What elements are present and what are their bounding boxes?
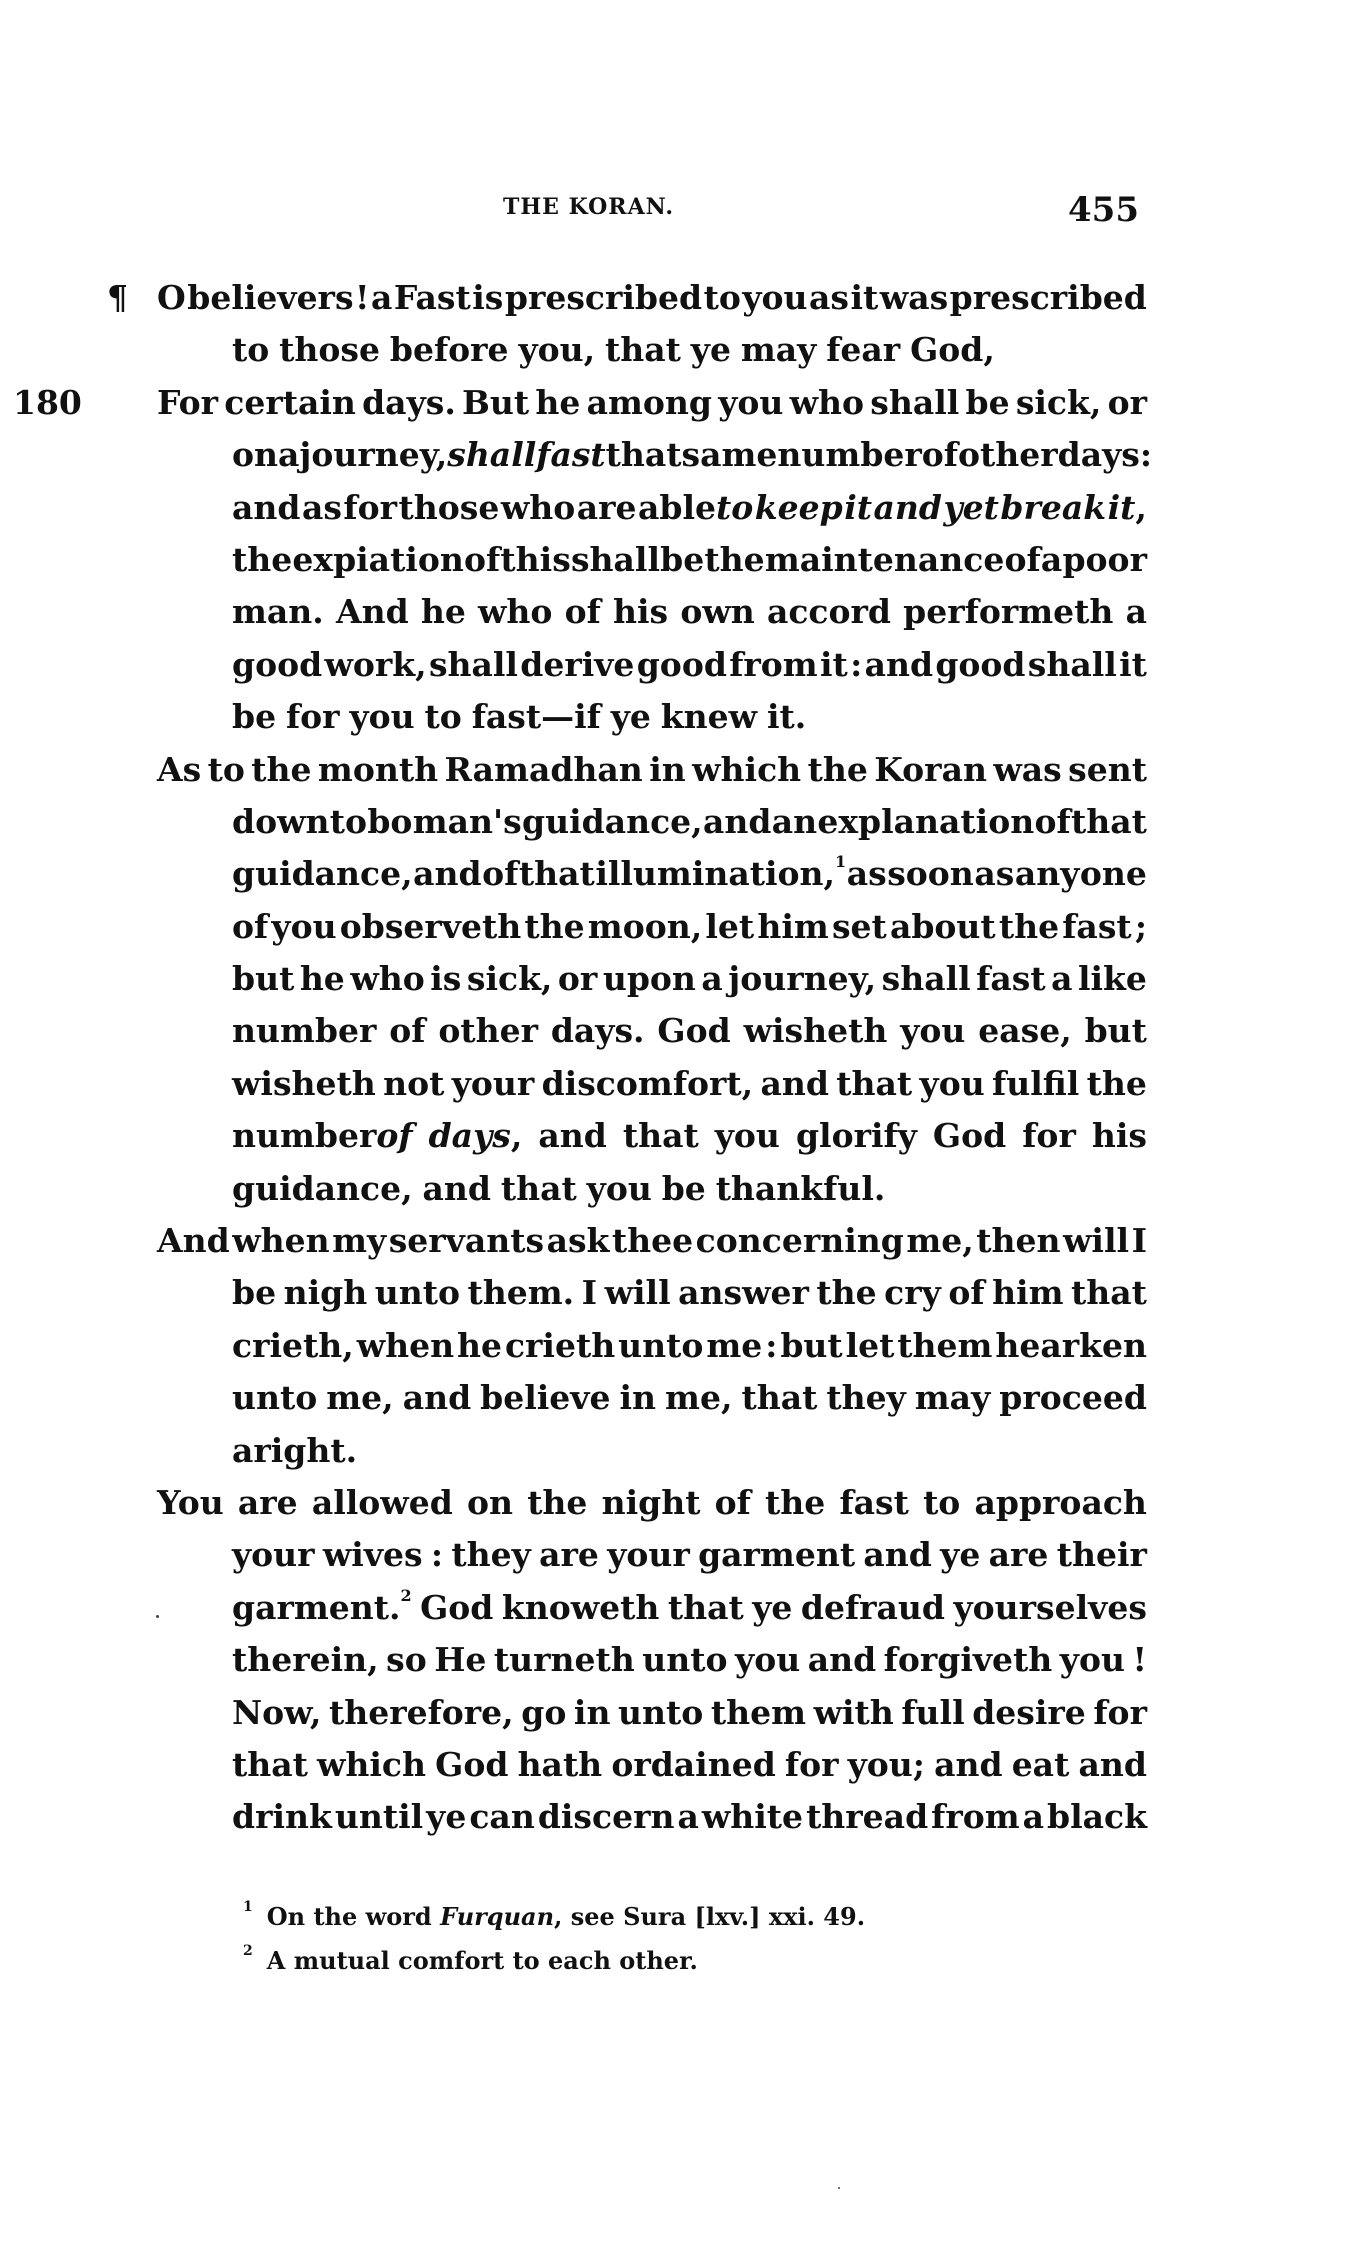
word: you xyxy=(920,1058,985,1110)
word: journey, xyxy=(728,953,876,1005)
word: who xyxy=(478,586,552,638)
word: and xyxy=(403,1372,471,1424)
word: your xyxy=(232,1529,315,1581)
word: Fast xyxy=(394,272,471,324)
word: other xyxy=(958,429,1058,481)
word: as xyxy=(974,848,1014,900)
word: among xyxy=(587,377,712,429)
word: that xyxy=(836,1058,912,1110)
word: a xyxy=(1023,1791,1044,1843)
word: but xyxy=(232,953,294,1005)
word: you; xyxy=(848,1739,925,1791)
word: knew xyxy=(661,691,757,743)
word: you xyxy=(349,691,414,743)
word: that xyxy=(606,429,682,481)
word: be xyxy=(662,1163,706,1215)
footnote-text: A mutual comfort to each other. xyxy=(267,1946,698,1975)
word: when xyxy=(357,1320,454,1372)
word: to xyxy=(923,1477,960,1529)
word: it xyxy=(820,639,848,691)
word: fast xyxy=(976,953,1045,1005)
word: fear xyxy=(826,324,900,376)
word: therein, xyxy=(232,1634,379,1686)
word: full xyxy=(901,1687,964,1739)
word: to xyxy=(232,324,269,376)
word: ye xyxy=(752,1582,792,1634)
pilcrow-icon: ¶ xyxy=(107,272,128,324)
word: of xyxy=(565,586,601,638)
word: forgiveth xyxy=(884,1634,1053,1686)
word: hearken xyxy=(995,1320,1147,1372)
word: is xyxy=(472,272,503,324)
word: him xyxy=(992,1267,1063,1319)
word: sick, xyxy=(1016,377,1102,429)
word: servants xyxy=(389,1215,544,1267)
word: can xyxy=(469,1791,534,1843)
word: which xyxy=(692,744,801,796)
word: until xyxy=(335,1791,423,1843)
word: of xyxy=(922,429,958,481)
word: the xyxy=(808,744,868,796)
word: number xyxy=(777,429,921,481)
word: upon xyxy=(603,953,696,1005)
word: you xyxy=(715,1110,780,1162)
word: his xyxy=(1092,1110,1147,1162)
word: ye xyxy=(426,1791,466,1843)
word: your xyxy=(452,1058,535,1110)
word: unto xyxy=(618,1687,703,1739)
word: desire xyxy=(972,1687,1086,1739)
word: fulfil xyxy=(992,1058,1079,1110)
word: answer xyxy=(678,1267,809,1319)
text-line: garment.2Godknoweththatyedefraudyourselv… xyxy=(232,1582,1147,1634)
word: God xyxy=(933,1110,1006,1162)
word: soon xyxy=(887,848,974,900)
word: the xyxy=(232,534,292,586)
word: therefore, xyxy=(329,1687,514,1739)
word: a xyxy=(1126,586,1147,638)
word: for xyxy=(343,482,397,534)
word: unto xyxy=(642,1634,727,1686)
word: He xyxy=(434,1634,486,1686)
word: O xyxy=(157,272,186,324)
word: performeth xyxy=(903,586,1113,638)
word: Ramadhan xyxy=(444,744,642,796)
text-line: Now,therefore,goinuntothemwithfulldesire… xyxy=(232,1687,1147,1739)
word: you xyxy=(900,1005,965,1057)
word: the xyxy=(1087,1058,1147,1110)
word: that xyxy=(668,1582,744,1634)
running-head: THE KORAN. 455 xyxy=(0,190,1358,230)
word: God xyxy=(657,1005,730,1057)
text-line: man.Andhewhoofhisownaccordperformetha xyxy=(232,586,1147,638)
word: those xyxy=(399,482,500,534)
word: crieth, xyxy=(232,1320,354,1372)
word: be xyxy=(232,691,276,743)
word: and xyxy=(874,482,942,534)
word: the xyxy=(765,1477,825,1529)
word: and xyxy=(934,1739,1002,1791)
word: But xyxy=(462,377,529,429)
word: he xyxy=(535,377,580,429)
word: your xyxy=(607,1529,690,1581)
word: fast xyxy=(536,429,605,481)
text-line: crieth,whenhecriethuntome:butletthemhear… xyxy=(232,1320,1147,1372)
footnote-text: On the word xyxy=(267,1902,440,1931)
word: which xyxy=(317,1739,426,1791)
word: let xyxy=(705,901,754,953)
word: as xyxy=(809,272,849,324)
word: them. xyxy=(467,1267,574,1319)
word: any xyxy=(1015,848,1080,900)
footnotes: 1On the word Furquan, see Sura [lxv.] xx… xyxy=(243,1895,865,1983)
word: for xyxy=(785,1739,839,1791)
text-line: 180Forcertaindays.Butheamongyouwhoshallb… xyxy=(157,377,1147,429)
word: wisheth xyxy=(744,1005,888,1057)
word: derive xyxy=(520,639,634,691)
word: a xyxy=(1041,534,1062,586)
text-line: theexpiationofthisshallbethemaintenanceo… xyxy=(232,534,1147,586)
word: before xyxy=(390,324,509,376)
word: as xyxy=(302,482,342,534)
word: ordained xyxy=(611,1739,775,1791)
word: you xyxy=(718,377,783,429)
footnote-text: Furquan xyxy=(440,1902,554,1931)
word: ! xyxy=(1132,1634,1147,1686)
text-line: yourwives:theyareyourgarmentandyearethei… xyxy=(232,1529,1147,1581)
word: in xyxy=(649,744,686,796)
text-line: drinkuntilyecandiscernawhitethreadfromab… xyxy=(232,1791,1147,1843)
word: the xyxy=(251,744,311,796)
text-line: numberofdays,andthatyouglorifyGodforhis xyxy=(232,1110,1147,1162)
word: is xyxy=(430,953,461,1005)
footnote: 1On the word Furquan, see Sura [lxv.] xx… xyxy=(243,1895,865,1939)
text-line: buthewhoissick,oruponajourney,shallfasta… xyxy=(232,953,1147,1005)
word: down xyxy=(232,796,330,848)
word: sick, xyxy=(467,953,553,1005)
word: to xyxy=(208,744,245,796)
word: then xyxy=(976,1215,1060,1267)
word: garment.2 xyxy=(232,1582,412,1634)
word: from xyxy=(729,639,818,691)
word: thread xyxy=(806,1791,928,1843)
word: may xyxy=(915,1372,990,1424)
text-line: AstothemonthRamadhaninwhichtheKoranwasse… xyxy=(157,744,1147,796)
word: and xyxy=(761,1058,829,1110)
text-line: benighuntothem.Iwillanswerthecryofhimtha… xyxy=(232,1267,1147,1319)
word: And xyxy=(157,1215,230,1267)
word: for xyxy=(1093,1687,1147,1739)
word: who xyxy=(501,482,575,534)
word: the xyxy=(704,534,764,586)
word: are xyxy=(238,1477,298,1529)
word: them xyxy=(711,1687,806,1739)
word: days. xyxy=(362,377,456,429)
word: like xyxy=(1078,953,1147,1005)
word: aright. xyxy=(232,1425,357,1477)
word: God, xyxy=(910,324,995,376)
word: with xyxy=(814,1687,894,1739)
text-line: therein,soHeturnethuntoyouandforgivethyo… xyxy=(232,1634,1147,1686)
word: other xyxy=(438,1005,538,1057)
word: go xyxy=(521,1687,566,1739)
word: hath xyxy=(518,1739,603,1791)
word: one xyxy=(1080,848,1147,900)
text-line: aright. xyxy=(232,1425,1147,1477)
word: when xyxy=(232,1215,329,1267)
word: so xyxy=(386,1634,427,1686)
word: to xyxy=(425,691,462,743)
word: that xyxy=(605,324,681,376)
word: same xyxy=(682,429,778,481)
text-line: Youareallowedonthenightofthefasttoapproa… xyxy=(157,1477,1147,1529)
word: maintenance xyxy=(765,534,1005,586)
word: knoweth xyxy=(502,1582,660,1634)
word: and xyxy=(232,482,300,534)
word: my xyxy=(332,1215,386,1267)
word: who xyxy=(350,953,424,1005)
text-line: guidance,andofthatillumination,1assoonas… xyxy=(232,848,1147,900)
word: for xyxy=(1022,1110,1076,1162)
word: good xyxy=(232,639,322,691)
word: white xyxy=(702,1791,803,1843)
word: and xyxy=(413,848,481,900)
word: the xyxy=(527,1477,587,1529)
word: poor xyxy=(1062,534,1146,586)
word: them xyxy=(897,1320,992,1372)
word: defraud xyxy=(801,1582,945,1634)
word: or xyxy=(1108,377,1147,429)
word: ! xyxy=(355,272,370,324)
word: of xyxy=(232,901,268,953)
word: ease, xyxy=(978,1005,1071,1057)
word: discern xyxy=(538,1791,675,1843)
word: of xyxy=(1005,534,1041,586)
word: about xyxy=(890,901,996,953)
word: let xyxy=(846,1320,895,1372)
word: journey,shall xyxy=(299,429,536,481)
text-line: downtoboman'sguidance,andanexplanationof… xyxy=(232,796,1147,848)
word: I xyxy=(1132,1215,1147,1267)
word: ableto xyxy=(638,482,753,534)
word: it xyxy=(1119,639,1147,691)
word: as xyxy=(847,848,887,900)
word: not xyxy=(383,1058,444,1110)
word: crieth xyxy=(505,1320,615,1372)
word: you xyxy=(1060,1634,1125,1686)
footnote-reference: 2 xyxy=(400,1586,411,1605)
word: days. xyxy=(551,1005,645,1057)
word: will xyxy=(605,1267,671,1319)
word: certain xyxy=(224,377,356,429)
word: me, xyxy=(906,1215,973,1267)
word: moon, xyxy=(588,901,702,953)
word: that xyxy=(501,1163,577,1215)
word: or xyxy=(558,953,597,1005)
word: concerning xyxy=(696,1215,904,1267)
word: discomfort, xyxy=(542,1058,754,1110)
word: And xyxy=(336,586,409,638)
word: a xyxy=(371,272,392,324)
word: me, xyxy=(665,1372,732,1424)
word: and xyxy=(1078,1739,1146,1791)
word: allowed xyxy=(312,1477,453,1529)
word: that xyxy=(623,1110,699,1162)
word: As xyxy=(157,744,201,796)
word: and xyxy=(423,1163,491,1215)
word: yourselves xyxy=(953,1582,1146,1634)
text-line: onajourney,shallfastthatsamenumberofothe… xyxy=(232,429,1147,481)
word: believe xyxy=(480,1372,610,1424)
word: a xyxy=(677,1791,698,1843)
word: you xyxy=(735,1634,800,1686)
word: who xyxy=(790,377,864,429)
word: of xyxy=(482,848,518,900)
word: month xyxy=(318,744,438,796)
word: of xyxy=(948,1267,984,1319)
word: fast xyxy=(839,1477,908,1529)
word: of xyxy=(389,1005,425,1057)
word: ask xyxy=(547,1215,610,1267)
footnote-mark: 2 xyxy=(243,1943,253,1959)
word: bo xyxy=(367,796,412,848)
word: guidance, xyxy=(522,796,703,848)
word: to xyxy=(330,796,367,848)
word: a xyxy=(278,429,299,481)
word: me, xyxy=(326,1372,393,1424)
footnote-reference: 1 xyxy=(835,852,846,871)
word: will xyxy=(1063,1215,1129,1267)
word: shall xyxy=(1028,639,1117,691)
word: You xyxy=(157,1477,224,1529)
word: and xyxy=(865,639,933,691)
word: accord xyxy=(767,586,891,638)
word: he xyxy=(457,1320,502,1372)
word: ; xyxy=(1135,901,1147,953)
word: nigh xyxy=(284,1267,368,1319)
word: the xyxy=(524,901,584,953)
word: a xyxy=(1051,953,1072,1005)
word: shall xyxy=(882,953,971,1005)
page-number: 455 xyxy=(1068,190,1139,230)
word: those xyxy=(279,324,380,376)
word: and xyxy=(703,796,771,848)
text-line: ¶Obelievers!aFastisprescribedtoyouasitwa… xyxy=(157,272,1147,324)
word: in xyxy=(574,1687,611,1739)
word: an xyxy=(772,796,817,848)
footnote-text: , see Sura [lxv.] xxi. 49. xyxy=(554,1902,865,1931)
word: God xyxy=(435,1739,508,1791)
word: this xyxy=(500,534,570,586)
word: break xyxy=(1000,482,1106,534)
word: they xyxy=(826,1372,905,1424)
text-line: guidance,andthatyoubethankful. xyxy=(232,1163,1147,1215)
footnote-mark: 1 xyxy=(243,1899,253,1915)
word: of xyxy=(464,534,500,586)
word: set xyxy=(832,901,887,953)
word: unto xyxy=(375,1267,460,1319)
word: approach xyxy=(975,1477,1147,1529)
word: that xyxy=(1071,796,1147,848)
word: explanation xyxy=(817,796,1034,848)
word: prescribed xyxy=(505,272,702,324)
word: it, xyxy=(1108,482,1147,534)
word: ye xyxy=(940,1529,980,1581)
text-line: numberofotherdays.Godwishethyouease,but xyxy=(232,1005,1147,1057)
word: shall xyxy=(870,377,959,429)
word: night xyxy=(602,1477,701,1529)
word: in xyxy=(619,1372,656,1424)
word: that xyxy=(232,1739,308,1791)
word: you xyxy=(271,901,336,953)
word: that xyxy=(1071,1267,1147,1319)
word: it xyxy=(851,272,879,324)
text-line: andasforthosewhoareabletokeepitandyetbre… xyxy=(232,482,1147,534)
word: days, xyxy=(429,1110,523,1162)
word: but xyxy=(780,1320,842,1372)
word: are xyxy=(539,1529,599,1581)
word: black xyxy=(1047,1791,1147,1843)
word: observeth xyxy=(340,901,521,953)
word: expiation xyxy=(292,534,463,586)
word: was xyxy=(880,272,948,324)
word: from xyxy=(931,1791,1020,1843)
word: you xyxy=(742,272,807,324)
word: that xyxy=(519,848,595,900)
word: the xyxy=(999,901,1059,953)
word: turneth xyxy=(494,1634,635,1686)
word: ye xyxy=(691,324,731,376)
word: they xyxy=(451,1529,530,1581)
word: a xyxy=(701,953,722,1005)
word: For xyxy=(157,377,218,429)
word: keep xyxy=(755,482,843,534)
word: ye xyxy=(611,691,651,743)
word: for xyxy=(286,691,340,743)
word: : xyxy=(765,1320,777,1372)
word: garment xyxy=(698,1529,855,1581)
word: good xyxy=(637,639,727,691)
text-line: untome,andbelieveinme,thattheymayproceed xyxy=(232,1372,1147,1424)
word: he xyxy=(300,953,345,1005)
word: me xyxy=(706,1320,762,1372)
stray-mark xyxy=(156,1615,159,1618)
word: cry xyxy=(884,1267,941,1319)
word: man. xyxy=(232,586,324,638)
word: are xyxy=(577,482,637,534)
word: I xyxy=(582,1267,597,1319)
word: man's xyxy=(413,796,522,848)
word: on xyxy=(232,429,278,481)
word: it xyxy=(844,482,872,534)
word: you, xyxy=(518,324,595,376)
word: wives xyxy=(323,1529,423,1581)
text-line: goodwork,shallderivegoodfromit:andgoodsh… xyxy=(232,639,1147,691)
word: guidance, xyxy=(232,1163,413,1215)
word: may xyxy=(741,324,816,376)
text-line: wishethnotyourdiscomfort,andthatyoufulfi… xyxy=(232,1058,1147,1110)
word: Now, xyxy=(232,1687,321,1739)
word: be xyxy=(660,534,704,586)
word: fast—if xyxy=(472,691,601,743)
word: and xyxy=(863,1529,931,1581)
text-line: thatwhichGodhathordainedforyou;andeatand xyxy=(232,1739,1147,1791)
word: numberof xyxy=(232,1110,413,1162)
word: drink xyxy=(232,1791,332,1843)
word: yet xyxy=(943,482,998,534)
word: eat xyxy=(1012,1739,1070,1791)
text-line: Andwhenmyservantsasktheeconcerningme,the… xyxy=(157,1215,1147,1267)
